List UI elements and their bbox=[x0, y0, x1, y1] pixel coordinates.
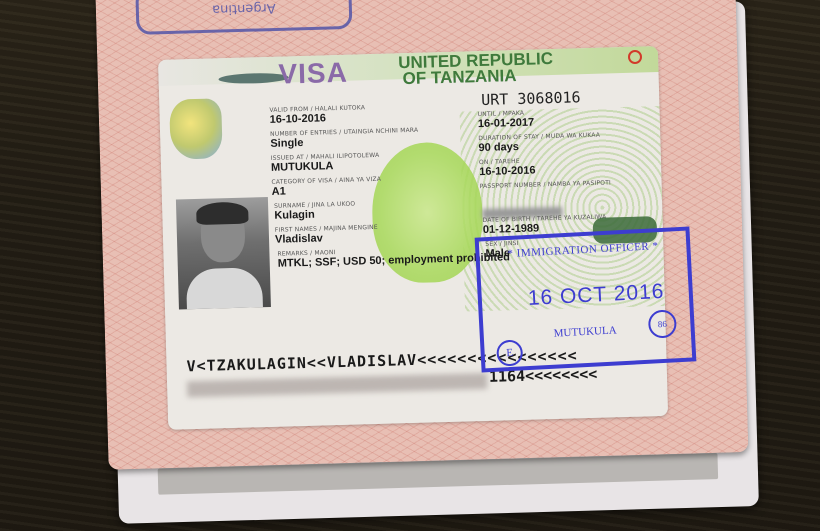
value: Kulagin bbox=[274, 208, 355, 222]
old-entry-stamp: Argentina bbox=[135, 0, 352, 35]
stamp-date: 16 OCT 2016 bbox=[527, 280, 665, 311]
value: Vladislav bbox=[275, 231, 378, 246]
holder-photo bbox=[176, 197, 271, 310]
field-on: On / Tarehe 16-10-2016 bbox=[479, 158, 536, 179]
field-duration: Duration of stay / Muda wa kukaa 90 days bbox=[478, 132, 600, 154]
value: 16-10-2016 bbox=[270, 111, 366, 126]
stamp-officer: * IMMIGRATION OFFICER * bbox=[507, 240, 659, 260]
photo-body bbox=[186, 267, 263, 309]
field-issued-at: Issued at / Mahali ilipotolewa MUTUKULA bbox=[271, 152, 380, 174]
redacted-mrz-line-2 bbox=[187, 373, 487, 397]
field-first-names: First names / Majina mengine Vladislav bbox=[275, 224, 379, 246]
field-entries: Number of entries / Utaingia nchini mara… bbox=[270, 127, 419, 150]
red-circle-mark bbox=[628, 50, 642, 64]
hologram-map-icon bbox=[169, 98, 223, 159]
stamp-e-mark: E bbox=[496, 339, 523, 366]
entry-stamp: * IMMIGRATION OFFICER * 16 OCT 2016 MUTU… bbox=[475, 226, 697, 372]
field-valid-from: Valid from / Halali kutoka 16-10-2016 bbox=[269, 104, 365, 126]
field-surname: Surname / Jina la ukoo Kulagin bbox=[274, 201, 356, 222]
stamp-officer-number: 86 bbox=[648, 309, 677, 338]
photo-hair bbox=[196, 202, 249, 225]
country-name: UNITED REPUBLIC OF TANZANIA bbox=[398, 51, 554, 87]
stamp-place: MUTUKULA bbox=[553, 324, 616, 339]
value: 16-01-2017 bbox=[478, 117, 535, 131]
field-until: Until / Mpaka 16-01-2017 bbox=[478, 110, 535, 131]
value: MUTUKULA bbox=[271, 159, 380, 174]
value: 16-10-2016 bbox=[479, 165, 536, 179]
visa-number: URT 3068016 bbox=[481, 88, 581, 109]
country-line-2: OF TANZANIA bbox=[398, 67, 553, 87]
visa-title: VISA bbox=[278, 57, 348, 91]
field-category: Category of visa / Aina ya viza A1 bbox=[271, 176, 381, 198]
